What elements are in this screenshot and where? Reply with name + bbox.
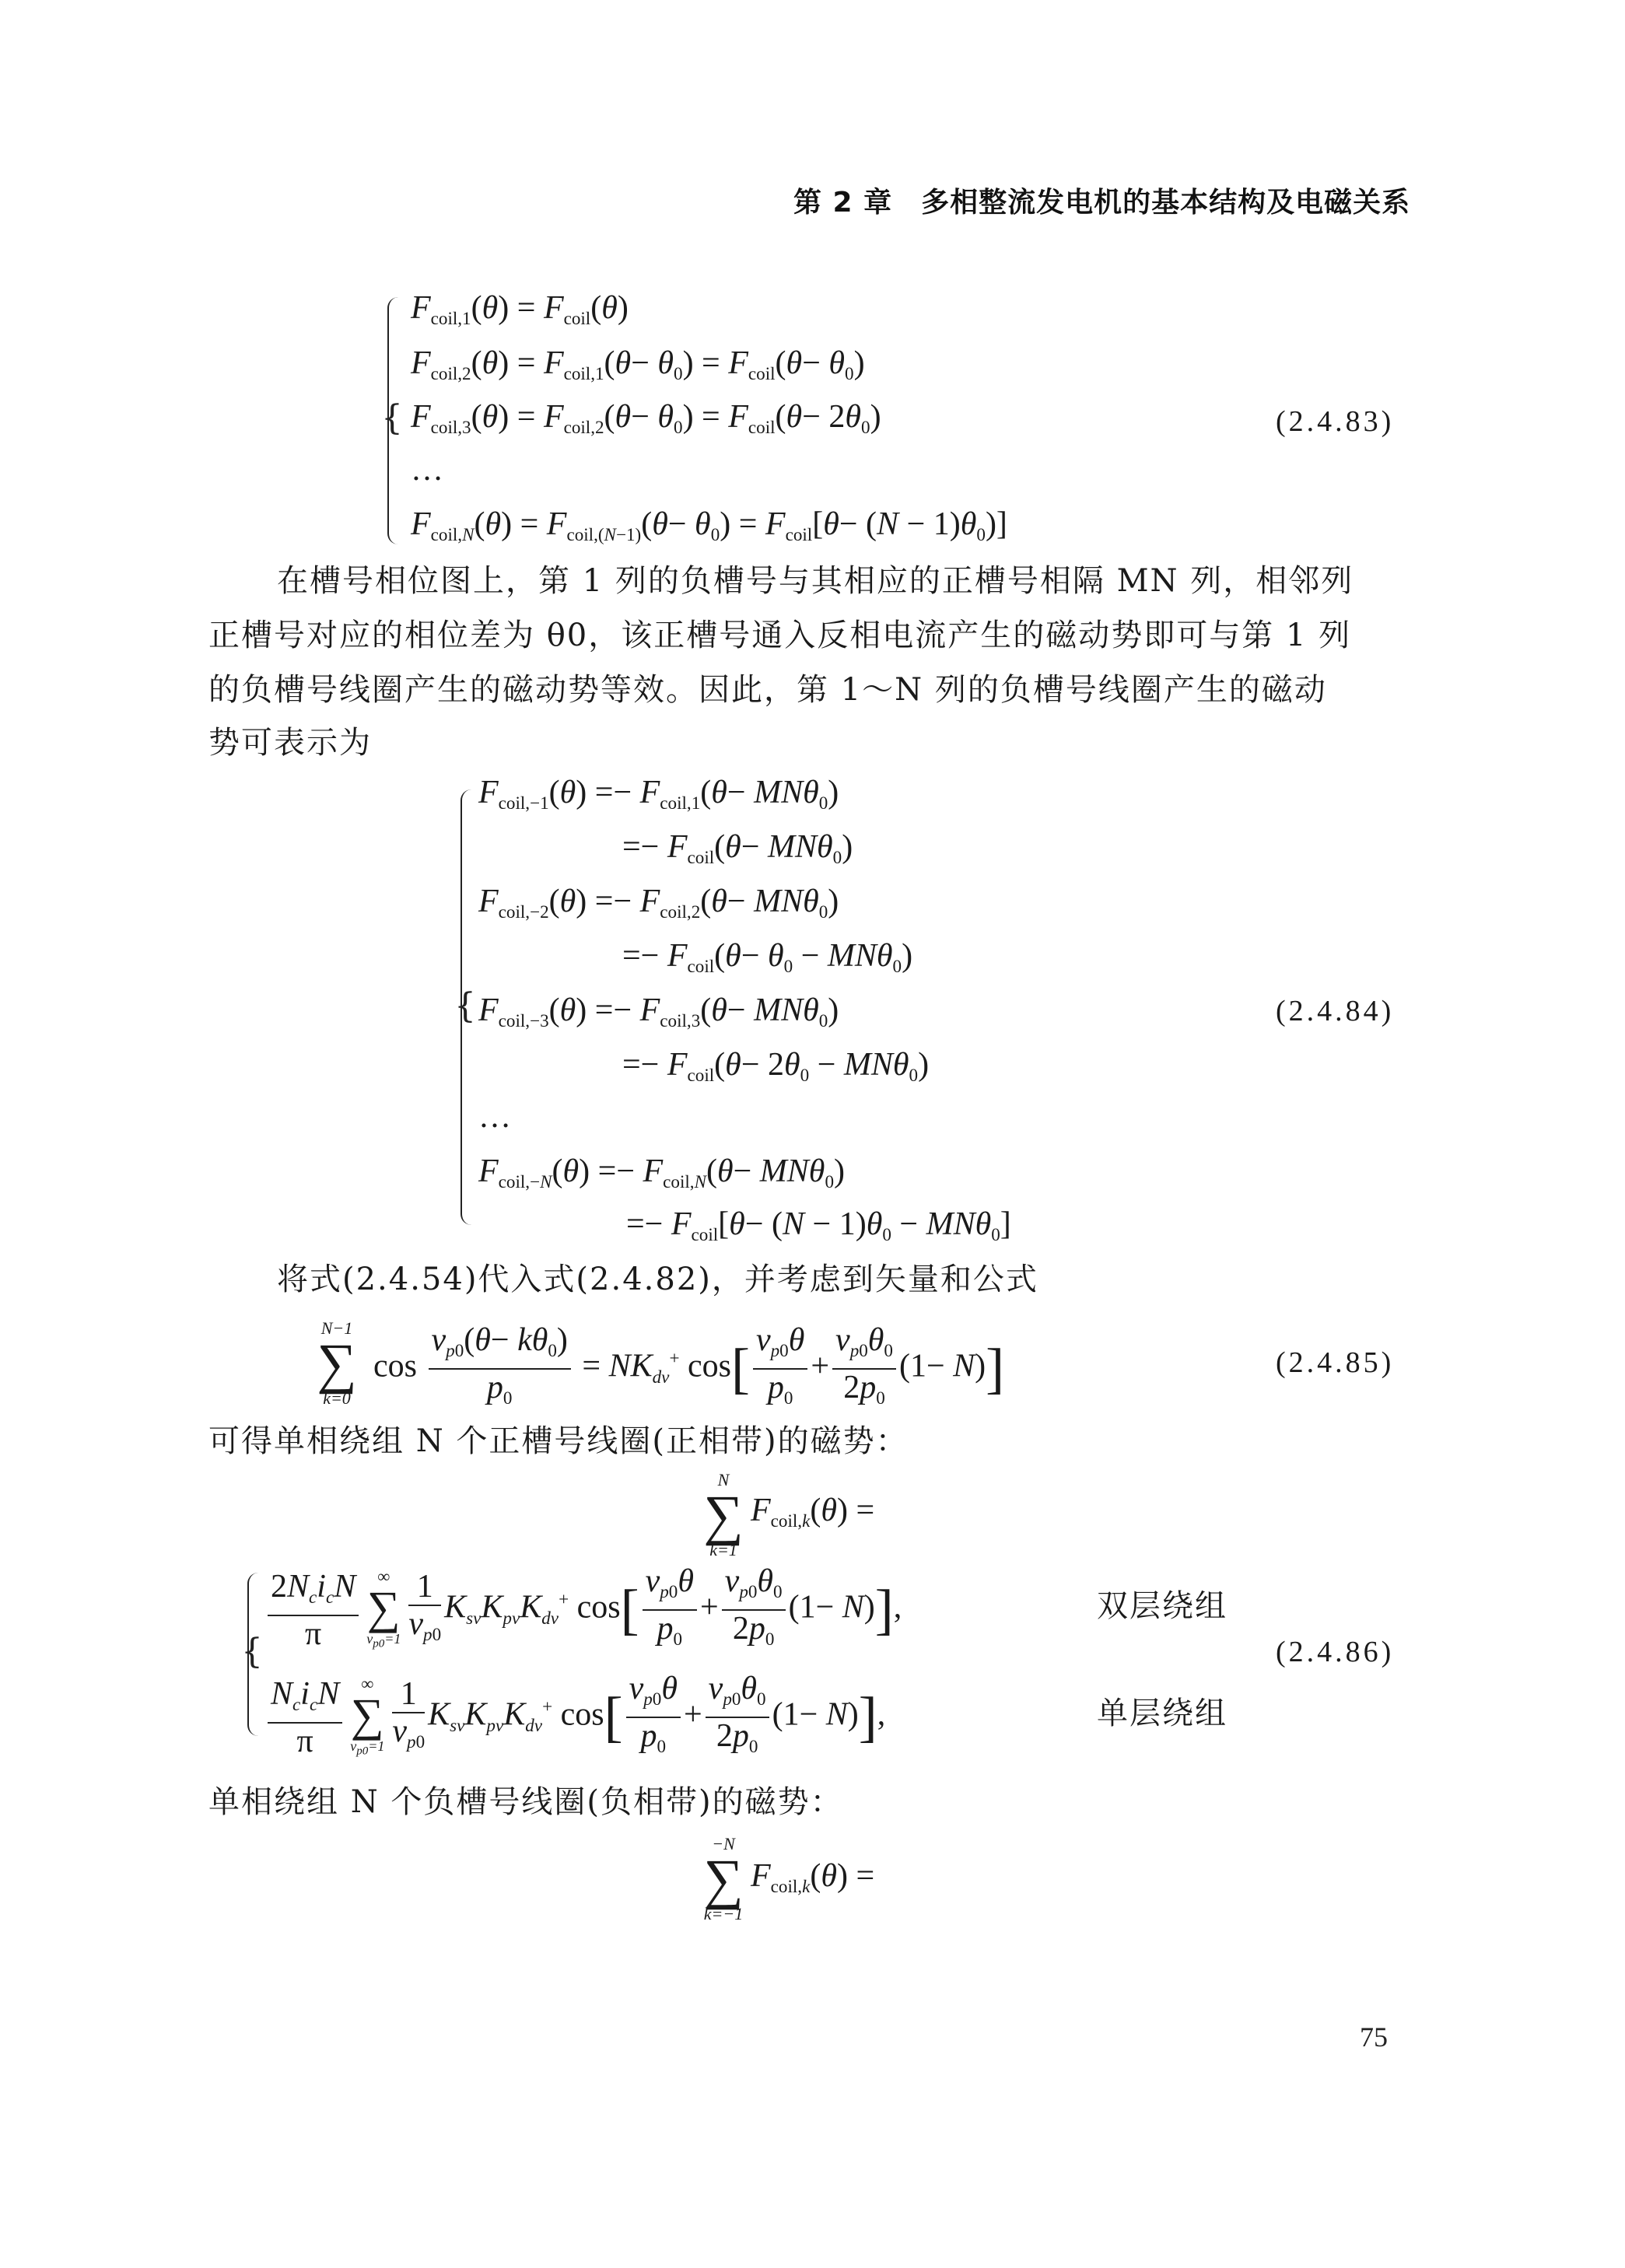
equation-number: (2.4.86) xyxy=(1276,1635,1394,1669)
summation: N ∑ k=1 xyxy=(696,1470,751,1560)
equation-number: (2.4.85) xyxy=(1276,1346,1394,1380)
eq83-line-2: Fcoil,2(θ) = Fcoil,1(θ− θ0) = Fcoil(θ− θ… xyxy=(411,345,865,384)
paragraph-line: 将式(2.4.54)代入式(2.4.82)，并考虑到矢量和公式 xyxy=(277,1252,1038,1307)
paragraph-line: 可得单相绕组 N 个正槽号线圈(正相带)的磁势： xyxy=(208,1414,909,1468)
running-head: 第 2 章 多相整流发电机的基本结构及电磁关系 xyxy=(793,180,1410,220)
eq83-line-1: Fcoil,1(θ) = Fcoil(θ) xyxy=(411,289,629,329)
paragraph-line: 单相绕组 N 个负槽号线圈(负相带)的磁势： xyxy=(208,1775,843,1829)
eq86-case-single: NcicNπ∞∑vp0=11vp0KsvKpvKdv+ cos[vp0θp0+v… xyxy=(264,1671,885,1764)
eq84-line-1: Fcoil,−1(θ) =− Fcoil,1(θ− MNθ0) xyxy=(478,774,839,814)
summation: −N ∑ k=−1 xyxy=(692,1834,755,1924)
sum-positive-body: Fcoil,k(θ) = xyxy=(751,1492,874,1531)
eq84-ellipsis: … xyxy=(478,1098,511,1136)
summation: N−1 ∑ k=0 xyxy=(302,1318,372,1409)
brace-tip: { xyxy=(454,986,476,1026)
eq84-line-9: =− Fcoil[θ− (N − 1)θ0 − MNθ0] xyxy=(626,1206,1011,1245)
single-layer-label: 单层绕组 xyxy=(1097,1686,1228,1741)
eq84-line-8: Fcoil,−N(θ) =− Fcoil,N(θ− MNθ0) xyxy=(478,1153,845,1192)
eq84-line-5: Fcoil,−3(θ) =− Fcoil,3(θ− MNθ0) xyxy=(478,992,839,1031)
paragraph-line: 正槽号对应的相位差为 θ0，该正槽号通入反相电流产生的磁动势即可与第 1 列 xyxy=(208,608,1351,663)
eq83-ellipsis: … xyxy=(411,451,443,488)
double-layer-label: 双层绕组 xyxy=(1097,1579,1228,1633)
eq84-line-2: =− Fcoil(θ− MNθ0) xyxy=(622,828,853,868)
equation-number: (2.4.84) xyxy=(1276,994,1394,1028)
document-page: 第 2 章 多相整流发电机的基本结构及电磁关系 { Fcoil,1(θ) = F… xyxy=(0,0,1625,2268)
eq84-line-6: =− Fcoil(θ− 2θ0 − MNθ0) xyxy=(622,1046,929,1086)
equation-number: (2.4.83) xyxy=(1276,404,1394,439)
eq84-line-3: Fcoil,−2(θ) =− Fcoil,2(θ− MNθ0) xyxy=(478,883,839,922)
eq84-line-4: =− Fcoil(θ− θ0 − MNθ0) xyxy=(622,937,912,977)
brace-tip: { xyxy=(381,398,403,438)
eq86-case-double: 2NcicNπ∞∑vp0=11vp0KsvKpvKdv+ cos[vp0θp0+… xyxy=(264,1563,902,1657)
paragraph-line: 的负槽号线圈产生的磁动势等效。因此，第 1～N 列的负槽号线圈产生的磁动 xyxy=(208,663,1327,717)
paragraph-line: 在槽号相位图上，第 1 列的负槽号与其相应的正槽号相隔 MN 列，相邻列 xyxy=(277,554,1354,608)
eq83-line-3: Fcoil,3(θ) = Fcoil,2(θ− θ0) = Fcoil(θ− 2… xyxy=(411,398,881,438)
eq85-body: cos vp0(θ− kθ0)p0 = NKdv+ cos[vp0θp0+vp0… xyxy=(373,1322,1004,1416)
brace-tip: { xyxy=(241,1632,263,1671)
eq83-line-5: Fcoil,N(θ) = Fcoil,(N−1)(θ− θ0) = Fcoil[… xyxy=(411,506,1007,545)
page-number: 75 xyxy=(1360,2021,1388,2053)
paragraph-line: 势可表示为 xyxy=(208,716,372,770)
sum-negative-body: Fcoil,k(θ) = xyxy=(751,1857,874,1897)
